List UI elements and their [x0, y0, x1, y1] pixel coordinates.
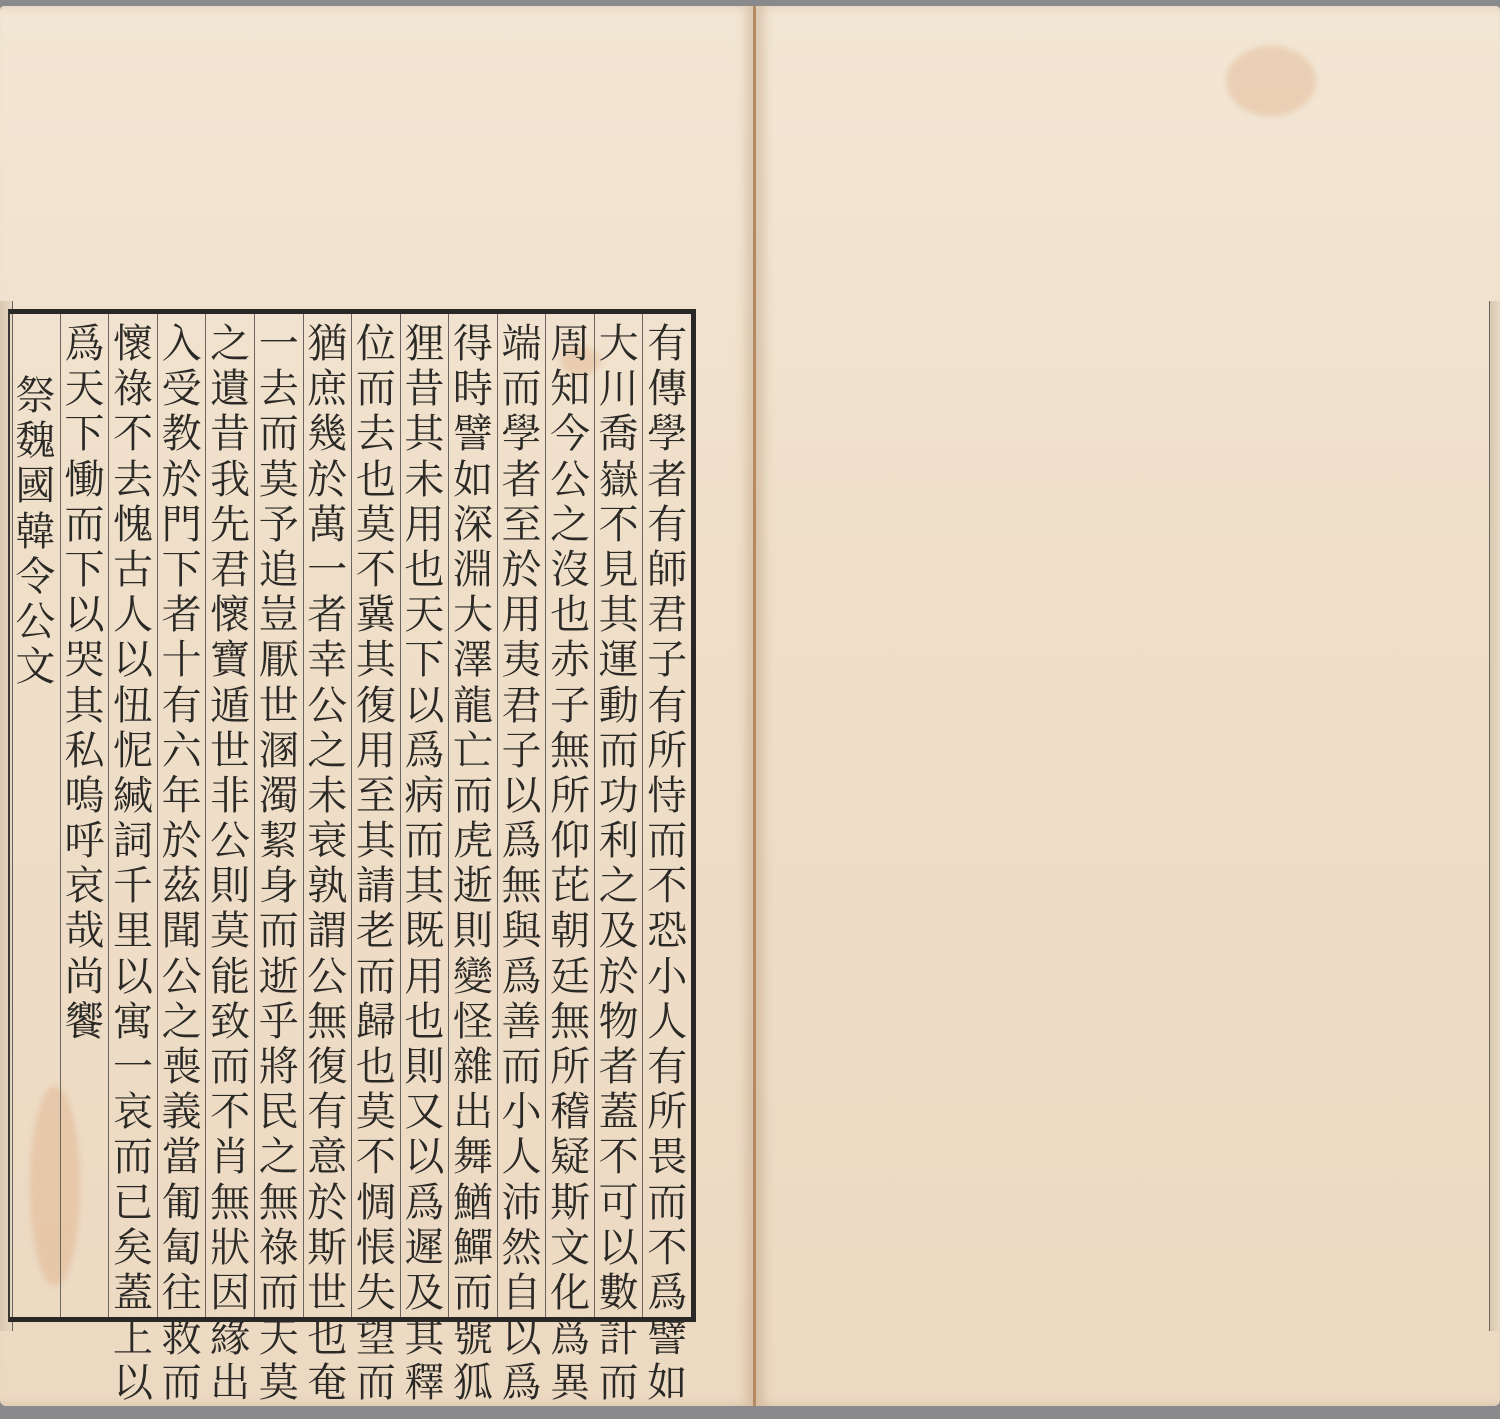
right-page: 止于臨江繫馬解鞍愛弟子疑倉卒就獄舉家驚喧及秋八月予將北歸亦既具舩有書晨至開視驚叫… — [756, 6, 1500, 1406]
text-column-body: 一去而莫予追豈厭世溷濁絜身而逝乎將民之無祿而天莫 — [254, 314, 303, 1317]
text-column-body: 有傳學者有師君子有所恃而不恐小人有所畏而不爲譬如 — [642, 314, 691, 1317]
text-column-body: 得時譬如深淵大澤龍亡而虎逝則變怪雜出舞鰌鱓而號狐 — [448, 314, 497, 1317]
left-page: 有傳學者有師君子有所恃而不恐小人有所畏而不爲譬如大川喬嶽不見其運動而功利之及於物… — [0, 6, 754, 1406]
text-column-body: 大川喬嶽不見其運動而功利之及於物者蓋不可以數計而 — [594, 314, 643, 1317]
text-column-body: 狸昔其未用也天下以爲病而其既用也則又以爲遲及其釋 — [400, 314, 449, 1317]
text-column-body: 猶庶幾於萬一者幸公之未衰孰謂公無復有意於斯世也奄 — [303, 314, 352, 1317]
text-column-body: 位而去也莫不冀其復用至其請老而歸也莫不惆悵失望而 — [351, 314, 400, 1317]
text-column-title: 祭魏國韓令公文 — [11, 314, 60, 1317]
text-column-body: 之遺昔我先君懷寶遁世非公則莫能致而不肖無狀因緣出 — [205, 314, 254, 1317]
left-columns: 有傳學者有師君子有所恃而不恐小人有所畏而不爲譬如大川喬嶽不見其運動而功利之及於物… — [11, 314, 691, 1317]
text-column-body: 周知今公之沒也赤子無所仰芘朝廷無所稽疑斯文化爲異 — [545, 314, 594, 1317]
left-text-frame: 有傳學者有師君子有所恃而不恐小人有所畏而不爲譬如大川喬嶽不見其運動而功利之及於物… — [8, 309, 696, 1322]
text-column-body: 懷祿不去愧古人以忸怩緘詞千里以寓一哀而已矣蓋上以 — [108, 314, 157, 1317]
right-binding-edge — [1489, 301, 1500, 1331]
text-column-body: 入受教於門下者十有六年於茲聞公之喪義當匍匐往救而 — [157, 314, 206, 1317]
paper-stain — [1226, 46, 1316, 116]
text-column-body: 爲天下慟而下以哭其私嗚呼哀哉尚饗 — [60, 314, 109, 1317]
text-column-body: 端而學者至於用夷君子以爲無與爲善而小人沛然自以爲 — [497, 314, 546, 1317]
